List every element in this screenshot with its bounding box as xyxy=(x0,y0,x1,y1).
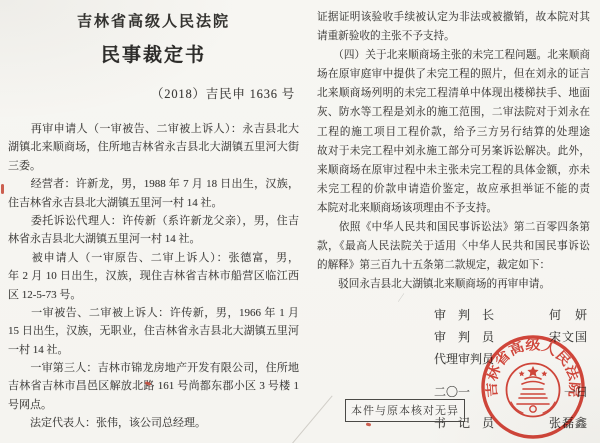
document-line: 三委。 xyxy=(8,157,299,175)
right-column: 证据证明该验收手续被认定为非法或被撤销，故本院对其申请重新验收的主张不予支持。 … xyxy=(317,8,590,294)
document-line: 被申请人（一审原告、二审上诉人）：张德富，男，1962 xyxy=(8,249,299,267)
document-line: 经营者：许新龙，男，1988 年 7 月 18 日出生，汉族， xyxy=(8,175,299,193)
document-line: 一村 14 社。 xyxy=(8,341,299,359)
document-line: 林省永吉县北大湖镇五里河一村 14 社。 xyxy=(8,230,299,248)
document-line: 一审第三人：吉林市锦龙房地产开发有限公司，住所地 xyxy=(8,359,299,377)
document-line: 依照《中华人民共和国民事诉讼法》第二百零四条第一 xyxy=(317,218,590,237)
document-title: 民事裁定书 xyxy=(8,40,299,67)
seal-graphic: 吉林省高级人民法院 xyxy=(478,332,588,442)
document-line: 未完工程的价款申请造价鉴定，故应承担举证不能的责任， xyxy=(317,180,590,199)
scan-smudge: × xyxy=(188,274,194,285)
document-line: 委托诉讼代理人：许传新（系许新龙父亲），男，住吉 xyxy=(8,212,299,230)
document-line: 证据证明该验收手续被认定为非法或被撤销，故本院对其申 xyxy=(317,8,590,27)
date-fragment-start: 二〇一 xyxy=(434,383,470,400)
document-line: 来顺商场在原审过程中未主张未完工程的具体金额，亦未对 xyxy=(317,161,590,180)
document-header: 吉林省高级人民法院 民事裁定书 xyxy=(8,10,299,67)
document-line: 款，《最高人民法院关于适用〈中华人民共和国民事诉讼法〉 xyxy=(317,237,590,256)
document-line: 驳回永吉县北大湖镇北来顺商场的再审申请。 xyxy=(317,275,590,294)
court-name: 吉林省高级人民法院 xyxy=(8,10,299,31)
presiding-judge-row: 审 判 长 何 妍 xyxy=(434,306,588,323)
ink-speck xyxy=(1,184,4,194)
document-line: 故对于未完工程中刘永施工部分可另案诉讼解决。此外，北 xyxy=(317,142,590,161)
ink-speck xyxy=(366,422,372,426)
document-line: （四）关于北来顺商场主张的未完工程问题。北来顺商 xyxy=(317,46,590,65)
presiding-judge-label: 审 判 长 xyxy=(434,306,494,323)
left-column: 再审申请人（一审被告、二审被上诉人）：永吉县北大湖镇北来顺商场，住所地吉林省永吉… xyxy=(8,120,299,433)
official-seal: 吉林省高级人民法院 xyxy=(478,332,588,442)
document-line: 区 12-5-73 号。 xyxy=(8,286,299,304)
document-line: 一审被告、二审被上诉人：许传新，男，1966 年 1 月 xyxy=(8,304,299,322)
document-line: 住吉林省永吉县北大湖镇五里河一村 14 社。 xyxy=(8,194,299,212)
document-line: 吉林省吉林市昌邑区解放北路 161 号尚都东郡小区 3 号楼 1 xyxy=(8,377,299,395)
document-line: 北来顺商场列明的未完工程清单中体现出楼梯扶手、地面抹 xyxy=(317,84,590,103)
verification-stamp: 本件与原本核对无异 xyxy=(345,399,465,422)
case-number: （2018）吉民申 1636 号 xyxy=(151,84,295,102)
document-line: 法定代表人：张伟，该公司总经理。 xyxy=(8,414,299,432)
document-line: 场在原审庭审中提供了未完工程的照片，但在刘永的证言及 xyxy=(317,65,590,84)
seal-stars xyxy=(519,366,548,377)
scanned-court-ruling-page: 吉林省高级人民法院 民事裁定书 （2018）吉民申 1636 号 再审申请人（一… xyxy=(0,0,600,443)
document-line: 15 日出生，汉族，无职业，住吉林省永吉县北大湖镇五里河 xyxy=(8,322,299,340)
document-line: 工程的施工项目工程价款，给予三方另行结算的处理途径， xyxy=(317,123,590,142)
document-line: 湖镇北来顺商场，住所地吉林省永吉县北大湖镇五里河大街 xyxy=(8,138,299,156)
document-line: 本院对北来顺商场该项理由不予支持。 xyxy=(317,199,590,218)
document-line: 号网点。 xyxy=(8,396,299,414)
document-line: 请重新验收的主张不予支持。 xyxy=(317,27,590,46)
document-line: 年 2 月 10 日出生，汉族，现住吉林省吉林市船营区临江西 xyxy=(8,267,299,285)
document-line: 再审申请人（一审被告、二审被上诉人）：永吉县北大 xyxy=(8,120,299,138)
document-line: 的解释》第三百九十五条第二款规定，裁定如下： xyxy=(317,256,590,275)
document-line: 灰、防水等工程是刘永的施工范围，二审法院对于刘永在本 xyxy=(317,103,590,122)
presiding-judge-name: 何 妍 xyxy=(549,306,588,323)
